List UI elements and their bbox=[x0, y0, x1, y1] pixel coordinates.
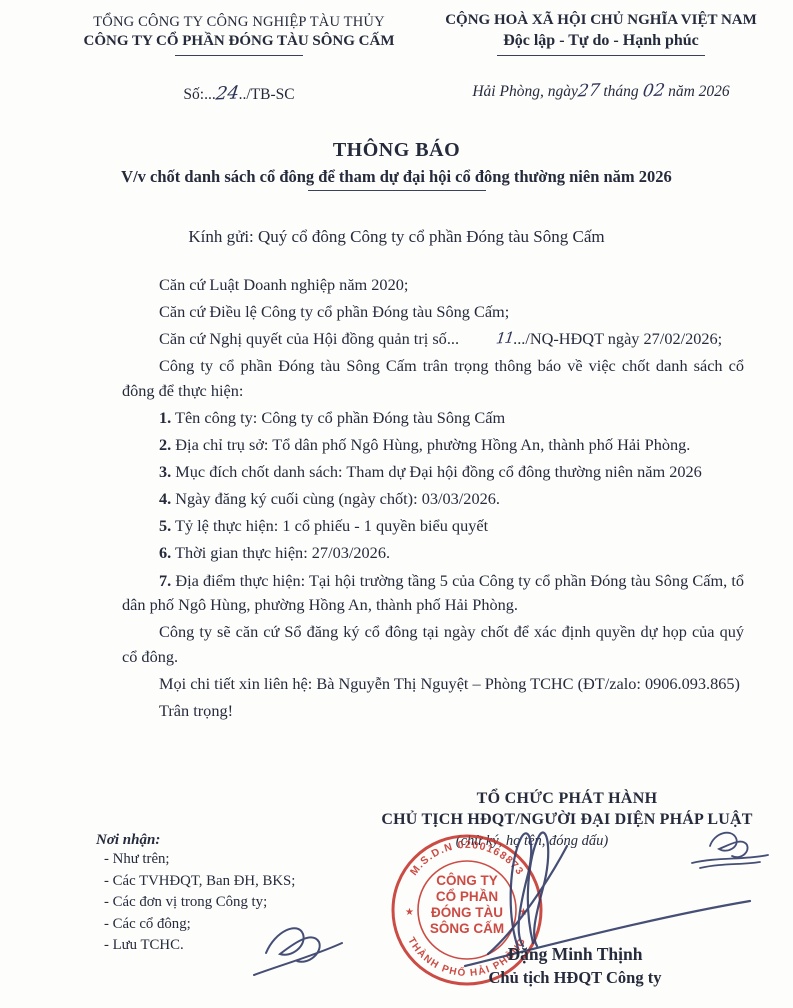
national-motto-line1: CỘNG HOÀ XÃ HỘI CHỦ NGHĨA VIỆT NAM bbox=[420, 12, 782, 29]
recipient-item: - Như trên; bbox=[96, 849, 336, 871]
closing: Trân trọng! bbox=[122, 699, 744, 724]
legal-basis-3-post: .../NQ-HĐQT ngày 27/02/2026; bbox=[513, 329, 722, 348]
body-text: Căn cứ Luật Doanh nghiệp năm 2020; Căn c… bbox=[122, 273, 744, 726]
item-6: 6. Thời gian thực hiện: 27/03/2026. bbox=[122, 541, 744, 566]
item-7-text: Địa điểm thực hiện: Tại hội trường tầng … bbox=[122, 571, 744, 615]
legal-basis-1: Căn cứ Luật Doanh nghiệp năm 2020; bbox=[122, 273, 744, 298]
header-right-rule bbox=[497, 55, 705, 56]
item-6-text: Thời gian thực hiện: 27/03/2026. bbox=[171, 543, 390, 562]
signer-title: Chủ tịch HĐQT Công ty bbox=[425, 968, 725, 988]
note-contact: Mọi chi tiết xin liên hệ: Bà Nguyễn Thị … bbox=[122, 672, 744, 697]
item-1-text: Tên công ty: Công ty cổ phần Đóng tàu Sô… bbox=[171, 408, 505, 427]
dateline-month-handwritten: 02 bbox=[641, 80, 665, 101]
salutation: Kính gửi: Quý cổ đông Công ty cổ phần Đó… bbox=[0, 227, 793, 247]
item-2-number: 2. bbox=[159, 435, 171, 454]
header-left-rule bbox=[175, 55, 303, 56]
signer-name: Đặng Minh Thịnh bbox=[425, 944, 725, 965]
intro-paragraph: Công ty cổ phần Đóng tàu Sông Cấm trân t… bbox=[122, 354, 744, 403]
item-7-number: 7. bbox=[159, 571, 171, 590]
note-register-book: Công ty sẽ căn cứ Sổ đăng ký cổ đông tại… bbox=[122, 620, 744, 669]
legal-basis-3: Căn cứ Nghị quyết của Hội đồng quản trị … bbox=[122, 327, 744, 352]
issuer-label: TỔ CHỨC PHÁT HÀNH bbox=[352, 790, 782, 808]
legal-basis-3-pre: Căn cứ Nghị quyết của Hội đồng quản trị … bbox=[159, 329, 459, 348]
item-5-number: 5. bbox=[159, 516, 171, 535]
header-right-block: CỘNG HOÀ XÃ HỘI CHỦ NGHĨA VIỆT NAM Độc l… bbox=[420, 12, 782, 101]
legal-basis-3-handwritten: 11 bbox=[457, 326, 515, 353]
document-subtitle: V/v chốt danh sách cổ đông để tham dự đạ… bbox=[0, 167, 793, 187]
dateline-mid: tháng bbox=[603, 83, 638, 100]
item-4: 4. Ngày đăng ký cuối cùng (ngày chốt): 0… bbox=[122, 487, 744, 512]
document-page: TỔNG CÔNG TY CÔNG NGHIỆP TÀU THỦY CÔNG T… bbox=[0, 0, 793, 1008]
item-2-text: Địa chỉ trụ sở: Tổ dân phố Ngô Hùng, phư… bbox=[171, 435, 690, 454]
item-6-number: 6. bbox=[159, 543, 171, 562]
item-3-number: 3. bbox=[159, 462, 171, 481]
item-3-text: Mục đích chốt danh sách: Tham dự Đại hội… bbox=[171, 462, 702, 481]
parent-company-name: TỔNG CÔNG TY CÔNG NGHIỆP TÀU THỦY bbox=[60, 14, 418, 31]
national-motto-line2: Độc lập - Tự do - Hạnh phúc bbox=[420, 32, 782, 50]
title-block: THÔNG BÁO V/v chốt danh sách cổ đông để … bbox=[0, 139, 793, 191]
dateline: Hải Phòng, ngày27 tháng 02 năm 2026 bbox=[420, 81, 782, 101]
recipient-item: - Các TVHĐQT, Ban ĐH, BKS; bbox=[96, 871, 336, 893]
doc-number-handwritten: 24 bbox=[214, 82, 240, 104]
recipient-item: - Lưu TCHC. bbox=[96, 935, 336, 957]
item-2: 2. Địa chỉ trụ sở: Tổ dân phố Ngô Hùng, … bbox=[122, 433, 744, 458]
header-left-block: TỔNG CÔNG TY CÔNG NGHIỆP TÀU THỦY CÔNG T… bbox=[60, 14, 418, 104]
item-4-text: Ngày đăng ký cuối cùng (ngày chốt): 03/0… bbox=[171, 489, 500, 508]
recipients-block: Nơi nhận: - Như trên; - Các TVHĐQT, Ban … bbox=[96, 832, 336, 957]
item-1: 1. Tên công ty: Công ty cổ phần Đóng tàu… bbox=[122, 406, 744, 431]
document-number: Số:...24../TB-SC bbox=[60, 83, 418, 104]
recipient-item: - Các cổ đông; bbox=[96, 914, 336, 936]
item-4-number: 4. bbox=[159, 489, 171, 508]
item-5-text: Tỷ lệ thực hiện: 1 cổ phiếu - 1 quyền bi… bbox=[171, 516, 488, 535]
item-3: 3. Mục đích chốt danh sách: Tham dự Đại … bbox=[122, 460, 744, 485]
dateline-day-handwritten: 27 bbox=[577, 80, 601, 101]
doc-number-prefix: Số:... bbox=[183, 86, 215, 103]
item-5: 5. Tỷ lệ thực hiện: 1 cổ phiếu - 1 quyền… bbox=[122, 514, 744, 539]
company-name: CÔNG TY CỔ PHẦN ĐÓNG TÀU SÔNG CẤM bbox=[60, 33, 418, 50]
legal-basis-2: Căn cứ Điều lệ Công ty cổ phần Đóng tàu … bbox=[122, 300, 744, 325]
subtitle-rule bbox=[308, 190, 486, 191]
document-title: THÔNG BÁO bbox=[0, 139, 793, 162]
recipient-item: - Các đơn vị trong Công ty; bbox=[96, 892, 336, 914]
dateline-pre: Hải Phòng, ngày bbox=[472, 83, 577, 100]
recipients-label: Nơi nhận: bbox=[96, 832, 336, 849]
doc-number-suffix: ../TB-SC bbox=[239, 86, 295, 103]
item-1-number: 1. bbox=[159, 408, 171, 427]
signer-name-block: Đặng Minh Thịnh Chủ tịch HĐQT Công ty bbox=[425, 944, 725, 988]
item-7: 7. Địa điểm thực hiện: Tại hội trường tầ… bbox=[122, 569, 744, 618]
dateline-post: năm 2026 bbox=[668, 83, 730, 100]
